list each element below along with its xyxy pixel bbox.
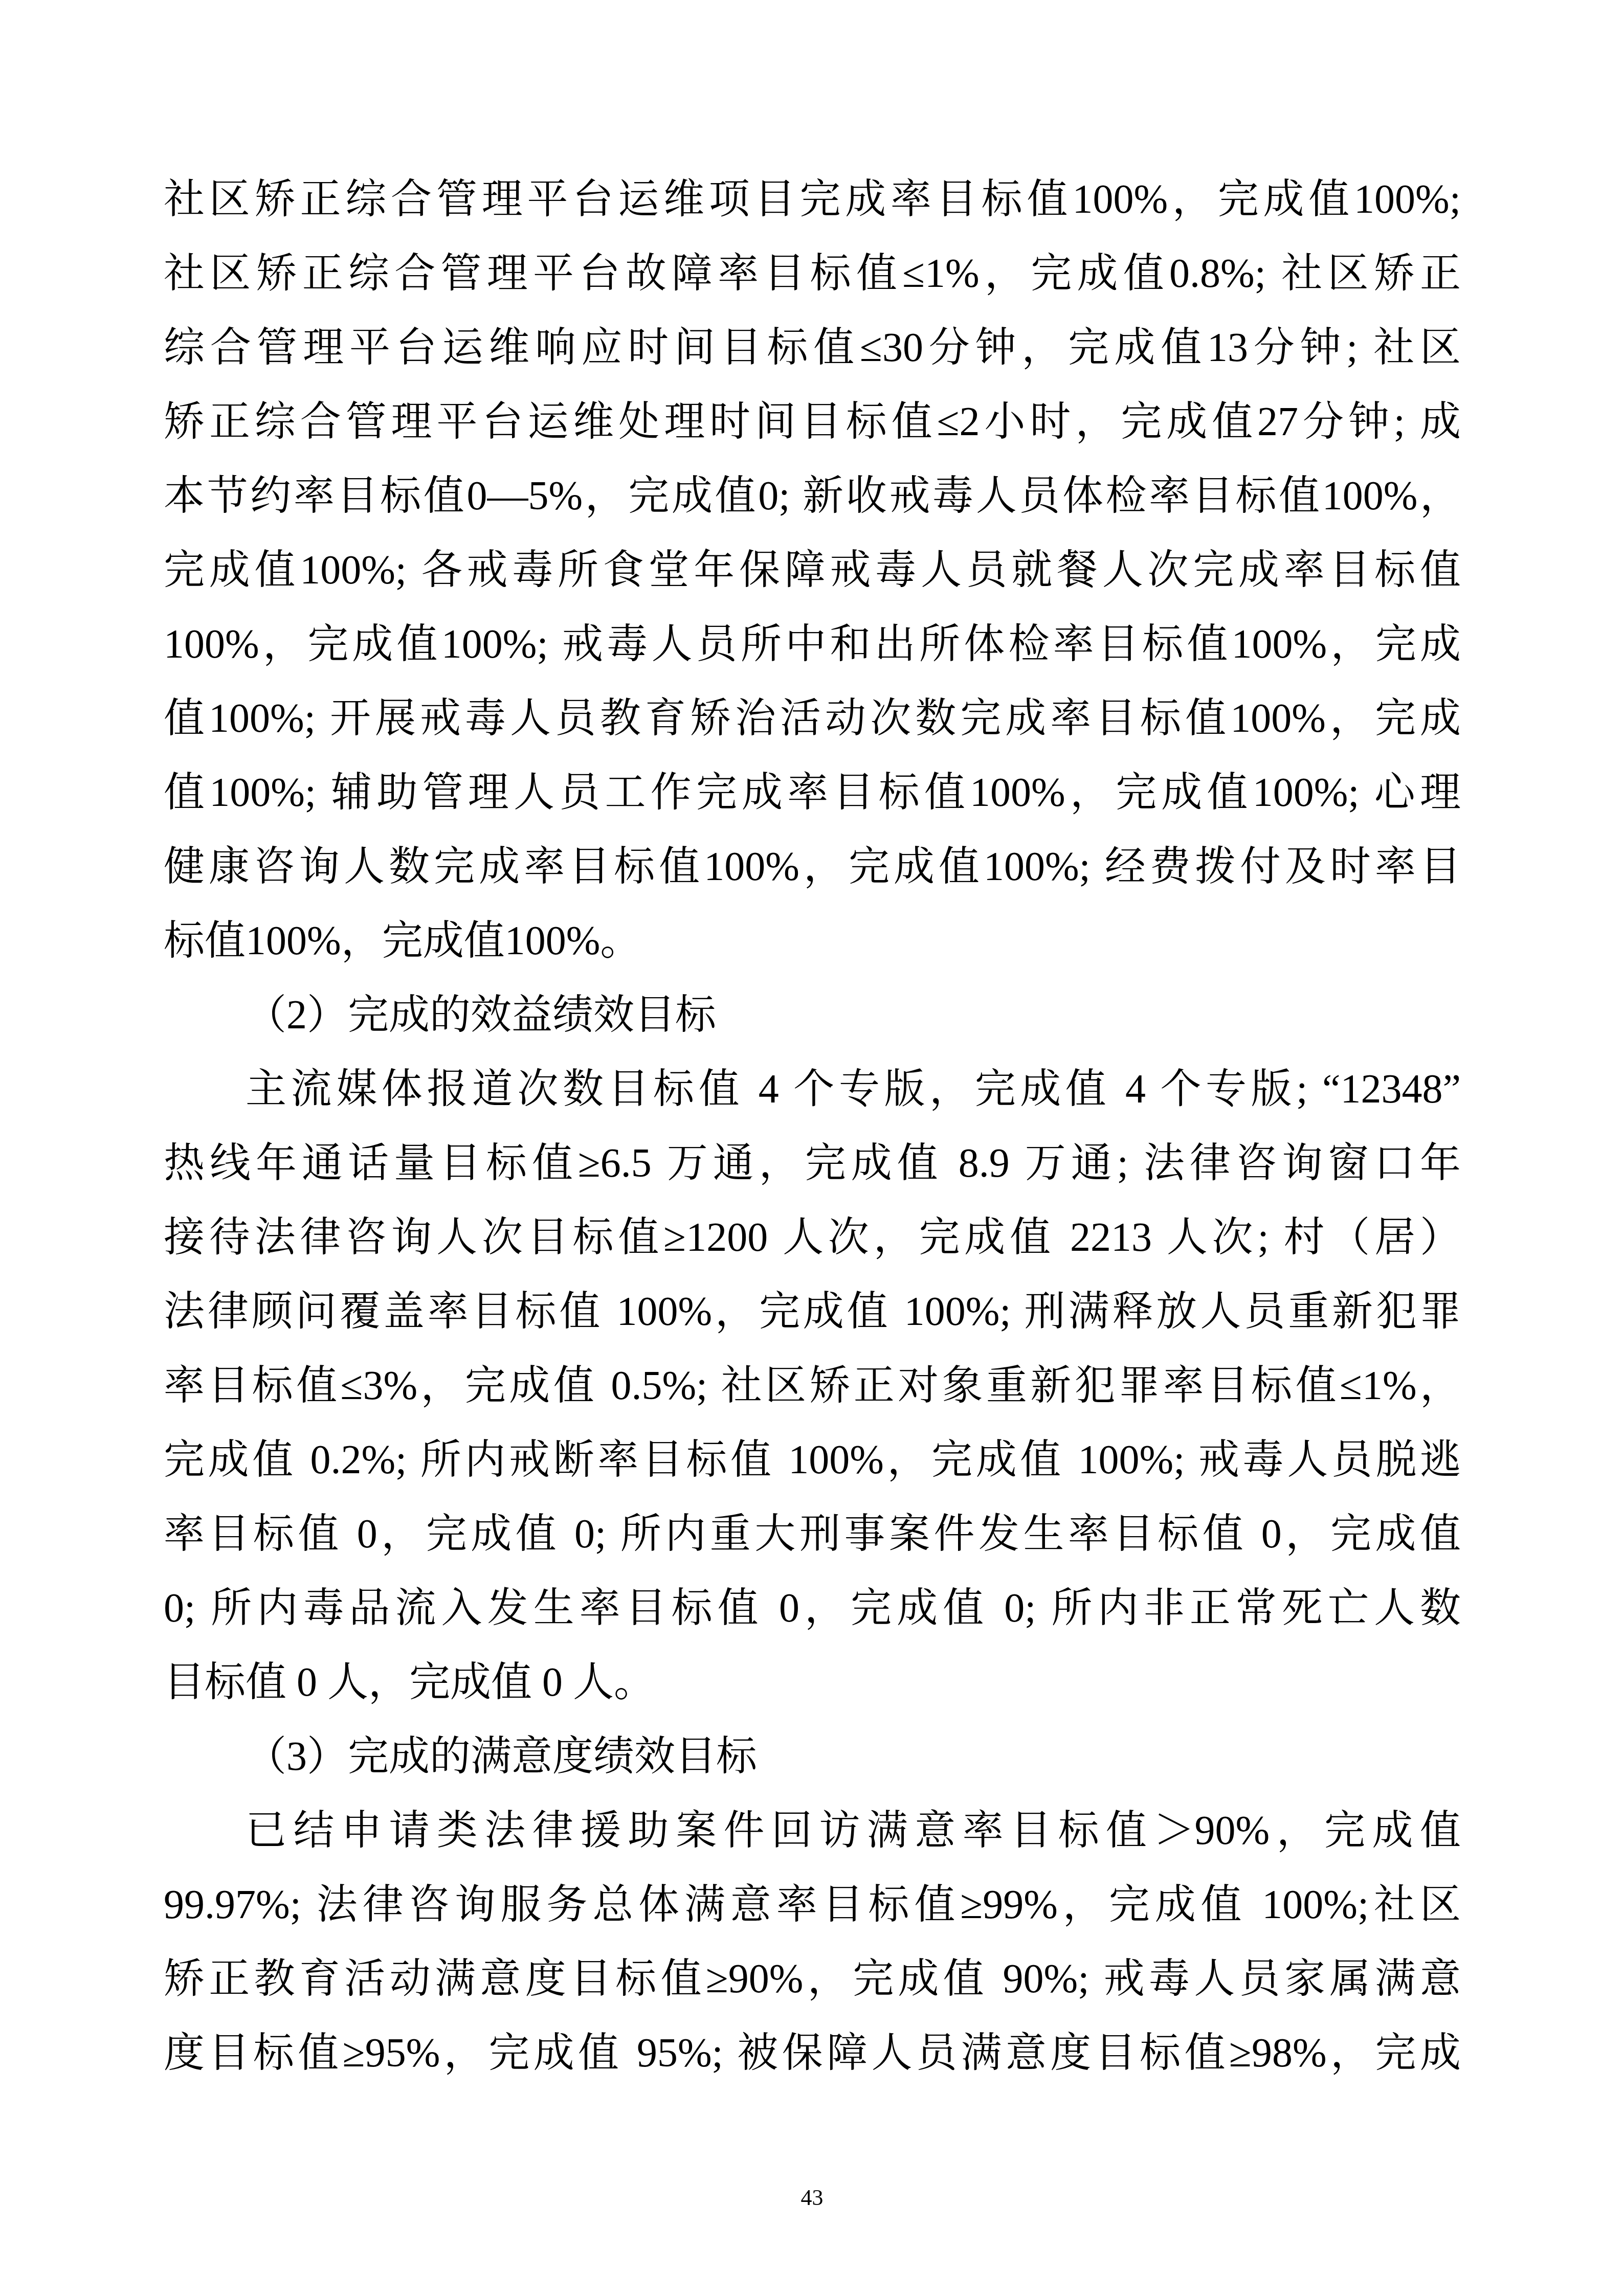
text-line: 社区矫正综合管理平台运维项目完成率目标值100%，完成值100%; <box>164 163 1461 237</box>
text-line: 值100%; 辅助管理人员工作完成率目标值100%，完成值100%; 心理 <box>164 756 1461 830</box>
text-line: 本节约率目标值0—5%，完成值0; 新收戒毒人员体检率目标值100%， <box>164 459 1461 533</box>
text-line: 矫正教育活动满意度目标值≥90%，完成值 90%; 戒毒人员家属满意 <box>164 1942 1461 2016</box>
text-line: 99.97%; 法律咨询服务总体满意率目标值≥99%，完成值 100%;社区 <box>164 1868 1461 1942</box>
text-line: 健康咨询人数完成率目标值100%，完成值100%; 经费拨付及时率目 <box>164 830 1461 904</box>
text-line: 社区矫正综合管理平台故障率目标值≤1%，完成值0.8%; 社区矫正 <box>164 237 1461 311</box>
text-line: 主流媒体报道次数目标值 4 个专版，完成值 4 个专版; “12348” <box>164 1052 1461 1127</box>
document-page: 社区矫正综合管理平台运维项目完成率目标值100%，完成值100%;社区矫正综合管… <box>0 0 1624 2296</box>
text-line: 法律顾问覆盖率目标值 100%，完成值 100%; 刑满释放人员重新犯罪 <box>164 1275 1461 1349</box>
text-line: 率目标值 0，完成值 0; 所内重大刑事案件发生率目标值 0，完成值 <box>164 1497 1461 1571</box>
text-line: 完成值 0.2%; 所内戒断率目标值 100%，完成值 100%; 戒毒人员脱逃 <box>164 1423 1461 1497</box>
text-line: 100%，完成值100%; 戒毒人员所中和出所体检率目标值100%，完成 <box>164 607 1461 682</box>
text-line: 目标值 0 人，完成值 0 人。 <box>164 1646 1461 1720</box>
page-number: 43 <box>0 2185 1624 2211</box>
text-line: 值100%; 开展戒毒人员教育矫治活动次数完成率目标值100%，完成 <box>164 682 1461 756</box>
page-body: 社区矫正综合管理平台运维项目完成率目标值100%，完成值100%;社区矫正综合管… <box>164 163 1461 2090</box>
text-line: 热线年通话量目标值≥6.5 万通，完成值 8.9 万通; 法律咨询窗口年 <box>164 1127 1461 1201</box>
text-line: 综合管理平台运维响应时间目标值≤30分钟，完成值13分钟; 社区 <box>164 311 1461 385</box>
text-line: （2）完成的效益绩效目标 <box>164 978 1461 1052</box>
text-line: 率目标值≤3%，完成值 0.5%; 社区矫正对象重新犯罪率目标值≤1%， <box>164 1349 1461 1423</box>
text-line: 已结申请类法律援助案件回访满意率目标值＞90%，完成值 <box>164 1794 1461 1868</box>
text-line: 接待法律咨询人次目标值≥1200 人次，完成值 2213 人次; 村（居） <box>164 1201 1461 1275</box>
text-line: 标值100%，完成值100%。 <box>164 904 1461 978</box>
text-line: 0; 所内毒品流入发生率目标值 0，完成值 0; 所内非正常死亡人数 <box>164 1571 1461 1646</box>
text-line: 矫正综合管理平台运维处理时间目标值≤2小时，完成值27分钟; 成 <box>164 385 1461 459</box>
text-line: 完成值100%; 各戒毒所食堂年保障戒毒人员就餐人次完成率目标值 <box>164 533 1461 607</box>
text-line: 度目标值≥95%，完成值 95%; 被保障人员满意度目标值≥98%，完成 <box>164 2016 1461 2090</box>
text-line: （3）完成的满意度绩效目标 <box>164 1720 1461 1794</box>
